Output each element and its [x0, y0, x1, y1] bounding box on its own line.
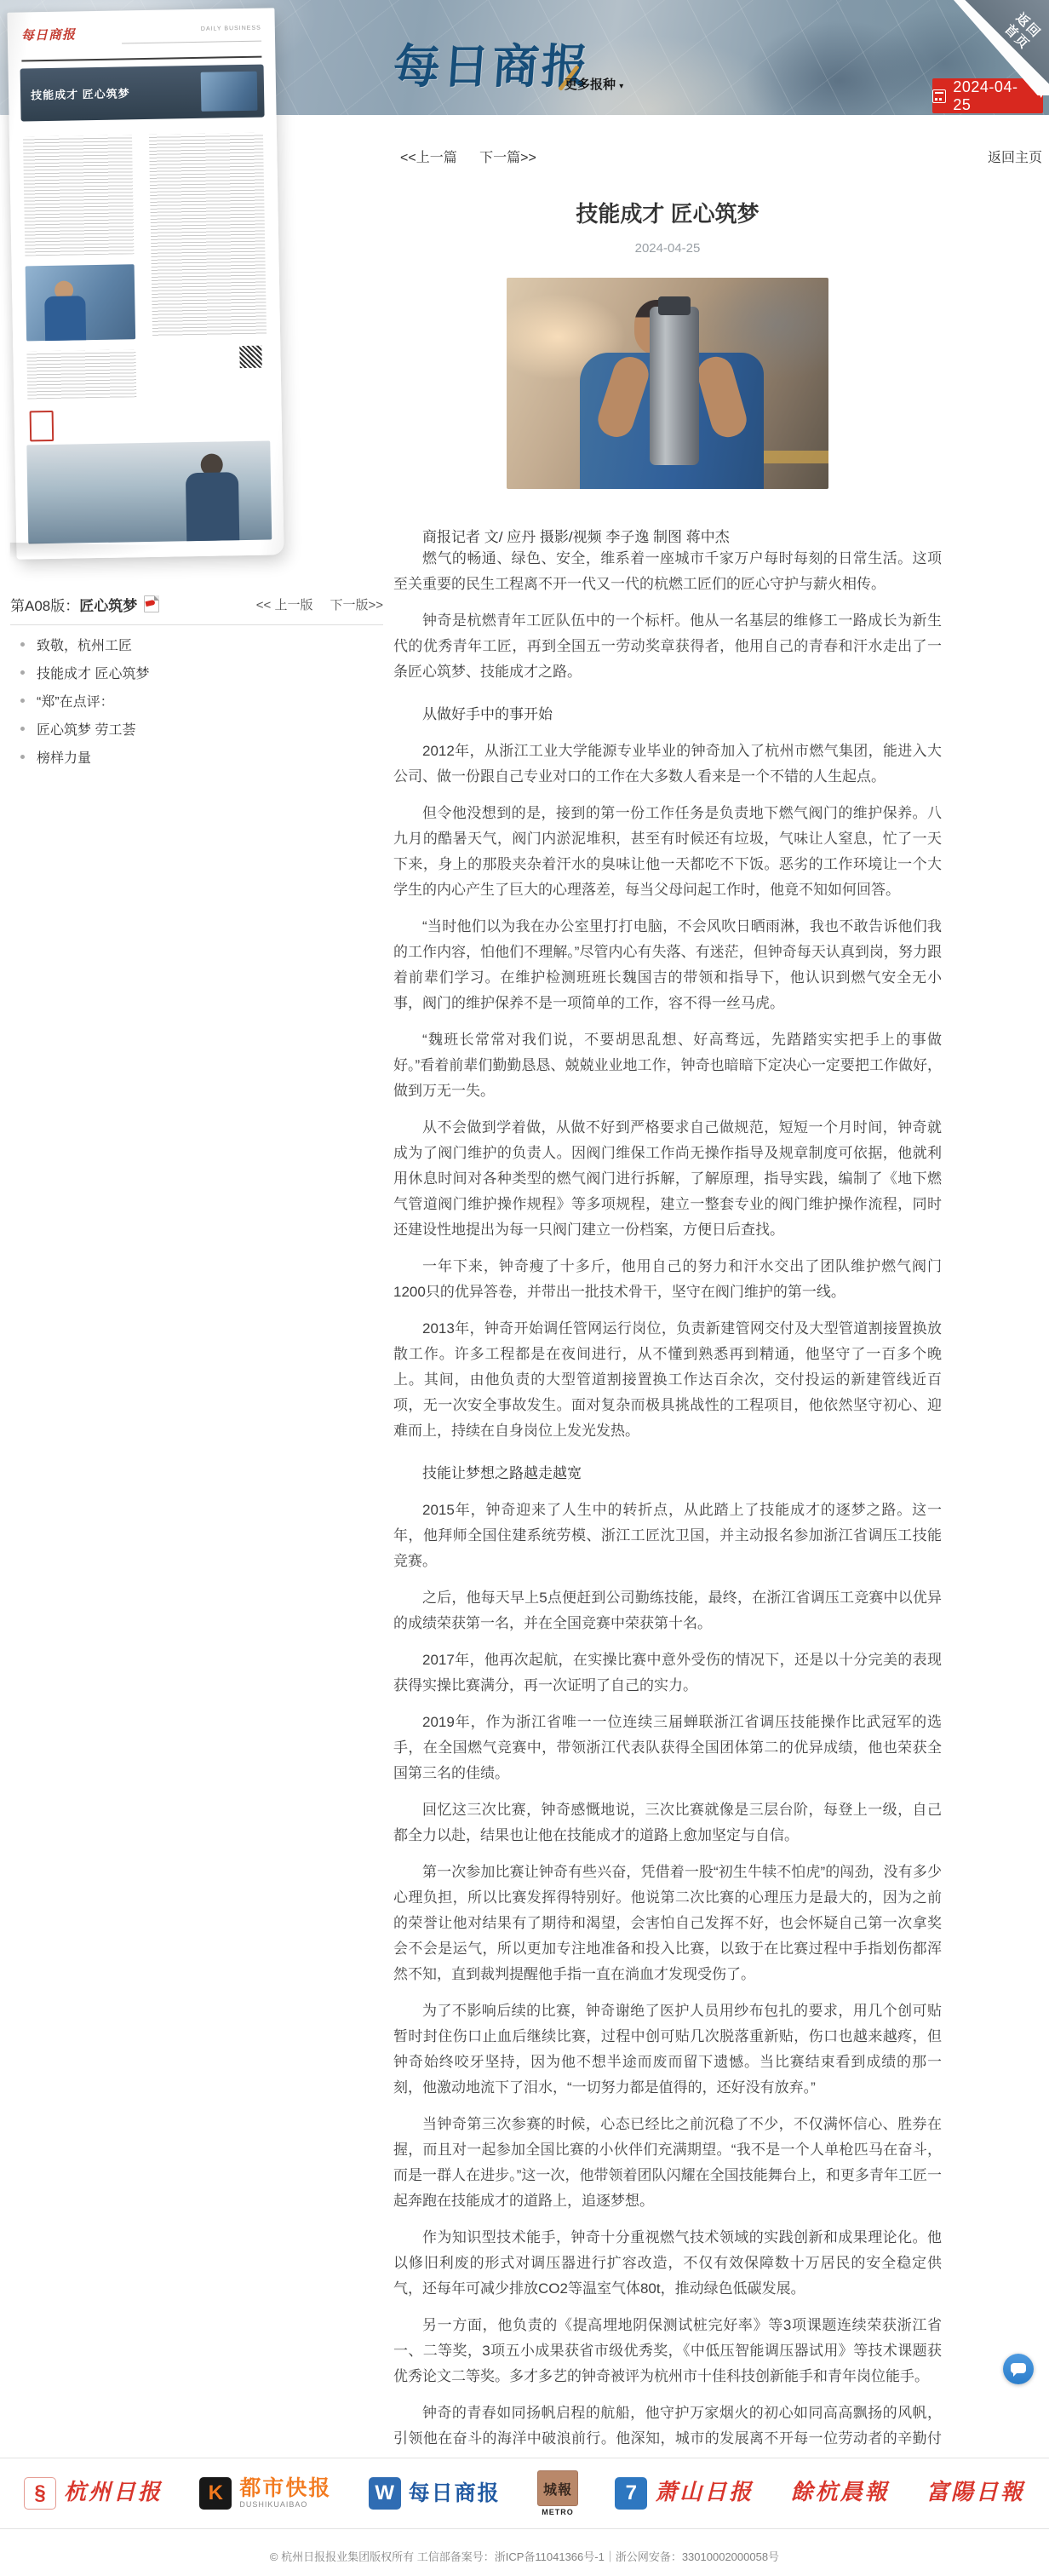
- sidebar-article-title: “郑”在点评：: [37, 691, 114, 710]
- sidebar-article-link[interactable]: 榜样力量: [10, 743, 383, 771]
- newspaper-name: 餘杭晨報: [791, 2481, 890, 2504]
- next-article-link[interactable]: 下一篇>>: [479, 151, 536, 165]
- newspaper-icon-column: K: [199, 2477, 232, 2510]
- newspaper-name-column: 富陽日報: [926, 2481, 1025, 2504]
- thumb-masthead-rule-decor: [123, 41, 262, 44]
- sidebar-article-title: 技能成才 匠心筑梦: [37, 663, 149, 682]
- copyright-text: © 杭州日报报业集团版权所有 工信部备案号：浙ICP备11041366号-1｜浙…: [0, 2548, 1049, 2564]
- footer-newspaper-logo[interactable]: W每日商报: [369, 2477, 501, 2510]
- article-paragraph: 2017年，他再次起航，在实操比赛中意外受伤的情况下，还是以十分完美的表现获得实…: [393, 1647, 942, 1699]
- thumb-red-seal: [30, 411, 54, 441]
- thumb-text-column: [23, 135, 134, 256]
- prev-next-links: <<上一篇 下一篇>>: [400, 147, 555, 166]
- article-paragraph: 2013年，钟奇开始调任管网运行岗位，负责新建管网交付及大型管道割接置换放散工作…: [393, 1316, 942, 1444]
- article-paragraph: 一年下来，钟奇瘦了十多斤，他用自己的努力和汗水交出了团队维护燃气阀门1200只的…: [393, 1254, 942, 1305]
- newspaper-name: 每日商报: [409, 2482, 501, 2504]
- prev-edition-link[interactable]: << 上一版: [256, 595, 313, 613]
- newspaper-name: 杭州日报: [64, 2481, 163, 2504]
- section-heading: 从做好手中的事开始: [393, 702, 942, 727]
- footer-newspaper-logo[interactable]: 富陽日報: [926, 2481, 1025, 2504]
- thumb-text-column: [26, 349, 136, 399]
- pdf-icon[interactable]: [144, 595, 159, 612]
- newspaper-name-column: 萧山日报: [655, 2481, 754, 2504]
- article-paragraph: 第一次参加比赛让钟奇有些兴奋，凭借着一股“初生牛犊不怕虎”的闯劲，没有多少心理负…: [393, 1860, 942, 1987]
- prev-article-link[interactable]: <<上一篇: [400, 151, 457, 165]
- newspaper-icon: K: [199, 2477, 232, 2510]
- article-body: 燃气的畅通、绿色、安全，维系着一座城市千家万户每时每刻的日常生活。这项至关重要的…: [393, 546, 942, 2453]
- newspaper-icon-subtitle: METRO: [542, 2508, 574, 2516]
- newspaper-name-column: 都市快报DUSHIKUAIBAO: [239, 2477, 331, 2510]
- article-paragraph: “当时他们以为我在办公室里打打电脑，不会风吹日晒雨淋，我也不敢告诉他们我的工作内…: [393, 914, 942, 1016]
- thumb-banner-photo: [201, 72, 258, 112]
- floating-chat-button[interactable]: [1003, 2354, 1034, 2384]
- article-byline: 商报记者 文/ 应丹 摄影/视频 李子逸 制图 蒋中杰: [393, 525, 942, 546]
- newspaper-icon: §: [24, 2477, 56, 2510]
- thumb-bottom-photo: [26, 440, 272, 543]
- edition-prefix: 第A08版：: [10, 594, 79, 615]
- thumb-text-column: [149, 133, 267, 337]
- section-heading: 技能让梦想之路越走越宽: [393, 1461, 942, 1486]
- more-papers-label: 更多报种: [565, 78, 616, 92]
- newspaper-name-column: 餘杭晨報: [791, 2481, 890, 2504]
- newspaper-name-column: 每日商报: [409, 2482, 501, 2504]
- return-homepage-link[interactable]: 返回主页: [988, 147, 1042, 166]
- sidebar-article-link[interactable]: “郑”在点评：: [10, 687, 383, 715]
- sidebar-article-title: 榜样力量: [37, 747, 91, 767]
- article-title: 技能成才 匠心筑梦: [393, 197, 942, 228]
- newspaper-page-thumbnail[interactable]: 每日商报 DAILY BUSINESS 技能成才 匠心筑梦: [7, 8, 284, 559]
- newspaper-icon-column: 城報METRO: [537, 2470, 578, 2516]
- newspaper-name: 都市快报: [239, 2477, 331, 2499]
- article-paragraph: “魏班长常常对我们说，不要胡思乱想、好高骛远，先踏踏实实把手上的事做好。”看着前…: [393, 1027, 942, 1104]
- newspaper-name: 萧山日报: [655, 2481, 754, 2504]
- article-paragraph: 燃气的畅通、绿色、安全，维系着一座城市千家万户每时每刻的日常生活。这项至关重要的…: [393, 546, 942, 597]
- bullet-icon: [20, 642, 25, 647]
- thumb-headline-text: 技能成才 匠心筑梦: [31, 84, 130, 102]
- sidebar-article-link[interactable]: 技能成才 匠心筑梦: [10, 658, 383, 687]
- article-paragraph: 回忆这三次比赛，钟奇感慨地说，三次比赛就像是三层台阶，每登上一级，自己都全力以赴…: [393, 1797, 942, 1849]
- sidebar-article-link[interactable]: 致敬，杭州工匠: [10, 630, 383, 658]
- edition-name: 匠心筑梦: [79, 594, 137, 615]
- thumb-masthead-title: 每日商报: [21, 25, 76, 43]
- newspaper-icon: W: [369, 2477, 401, 2510]
- footer-newspaper-logo[interactable]: §杭州日报: [24, 2477, 163, 2510]
- chat-bubble-icon: [1011, 2363, 1026, 2373]
- newspaper-icon-column: §: [24, 2477, 56, 2510]
- article-paragraph: 但令他没想到的是，接到的第一份工作任务是负责地下燃气阀门的维护保养。八九月的酷暑…: [393, 801, 942, 903]
- article-paragraph: 之后，他每天早上5点便赶到公司勤练技能，最终，在浙江省调压工竞赛中以优异的成绩荣…: [393, 1585, 942, 1636]
- bullet-icon: [20, 727, 25, 731]
- next-edition-link[interactable]: 下一版>>: [330, 595, 383, 613]
- thumb-worker-photo: [26, 264, 136, 341]
- article-paragraph: 作为知识型技术能手，钟奇十分重视燃气技术领域的实践创新和成果理论化。他以修旧利废…: [393, 2225, 942, 2302]
- footer-newspaper-logo[interactable]: K都市快报DUSHIKUAIBAO: [199, 2477, 331, 2510]
- footer-newspaper-logo[interactable]: 餘杭晨報: [791, 2481, 890, 2504]
- article-paragraph: 从不会做到学着做，从做不好到严格要求自己做规范，短短一个月时间，钟奇就成为了阀门…: [393, 1115, 942, 1243]
- thumb-masthead-english: DAILY BUSINESS: [201, 26, 261, 32]
- newspaper-name-subtitle: DUSHIKUAIBAO: [239, 2501, 331, 2509]
- article-paragraph: 钟奇是杭燃青年工匠队伍中的一个标杆。他从一名基层的维修工一路成长为新生代的优秀青…: [393, 608, 942, 685]
- article-paragraph: 钟奇的青春如同扬帆启程的航船，他守护万家烟火的初心如同高高飘扬的风帆，引领他在奋…: [393, 2401, 942, 2453]
- sidebar-divider: [10, 624, 383, 625]
- newspaper-icon: 城報: [537, 2470, 578, 2506]
- thumb-qr-code: [239, 346, 261, 368]
- thumb-masthead: 每日商报 DAILY BUSINESS: [21, 20, 262, 62]
- newspaper-name-column: 杭州日报: [64, 2481, 163, 2504]
- photo-gas-regulator-decor: [650, 307, 699, 465]
- article-paragraph: 为了不影响后续的比赛，钟奇谢绝了医护人员用纱布包扎的要求，用几个创可贴暂时封住伤…: [393, 1998, 942, 2101]
- newspaper-icon: 7: [615, 2477, 647, 2510]
- page-footer: §杭州日报K都市快报DUSHIKUAIBAOW每日商报城報METRO7萧山日报餘…: [0, 2458, 1049, 2564]
- sidebar-article-title: 匠心筑梦 劳工荟: [37, 719, 135, 739]
- article-paragraph: 2019年，作为浙江省唯一一位连续三届蝉联浙江省调压技能操作比武冠军的选手，在全…: [393, 1710, 942, 1786]
- site-logo[interactable]: 每日商报: [392, 41, 593, 92]
- chevron-down-icon: ▾: [619, 82, 623, 91]
- newspaper-logo-strip: §杭州日报K都市快报DUSHIKUAIBAOW每日商报城報METRO7萧山日报餘…: [0, 2458, 1049, 2529]
- newspaper-icon-column: 7: [615, 2477, 647, 2510]
- article-paragraph: 当钟奇第三次参赛的时候，心态已经比之前沉稳了不少，不仅满怀信心、胜券在握，而且对…: [393, 2112, 942, 2214]
- article-paragraph: 2012年，从浙江工业大学能源专业毕业的钟奇加入了杭州市燃气集团，能进入大公司、…: [393, 739, 942, 790]
- footer-newspaper-logo[interactable]: 7萧山日报: [615, 2477, 754, 2510]
- bullet-icon: [20, 755, 25, 759]
- thumb-headline-banner: 技能成才 匠心筑梦: [20, 65, 265, 122]
- edition-bar: 第A08版： 匠心筑梦 << 上一版 下一版>>: [10, 593, 383, 615]
- newspaper-icon-column: W: [369, 2477, 401, 2510]
- more-papers-menu[interactable]: 更多报种 ▾: [565, 75, 623, 93]
- bullet-icon: [20, 699, 25, 703]
- return-home-corner-button[interactable]: 返回 首页: [954, 0, 1049, 95]
- article-main: 技能成才 匠心筑梦 2024-04-25 商报记者 文/ 应丹 摄影/视频 李子…: [393, 183, 942, 2453]
- article-date: 2024-04-25: [393, 241, 942, 256]
- article-paragraph: 另一方面，他负责的《提高埋地阴保测试桩完好率》等3项课题连续荣获浙江省一、二等奖…: [393, 2313, 942, 2389]
- article-photo: [507, 278, 828, 489]
- footer-newspaper-logo[interactable]: 城報METRO: [537, 2470, 578, 2516]
- sidebar-article-link[interactable]: 匠心筑梦 劳工荟: [10, 715, 383, 743]
- calendar-icon: [932, 89, 946, 103]
- article-paragraph: 2015年，钟奇迎来了人生中的转折点，从此踏上了技能成才的逐梦之路。这一年，他拜…: [393, 1498, 942, 1574]
- edition-article-list: 致敬，杭州工匠技能成才 匠心筑梦“郑”在点评：匠心筑梦 劳工荟榜样力量: [10, 630, 383, 771]
- sidebar-article-title: 致敬，杭州工匠: [37, 635, 132, 654]
- newspaper-name: 富陽日報: [926, 2481, 1025, 2504]
- bullet-icon: [20, 670, 25, 675]
